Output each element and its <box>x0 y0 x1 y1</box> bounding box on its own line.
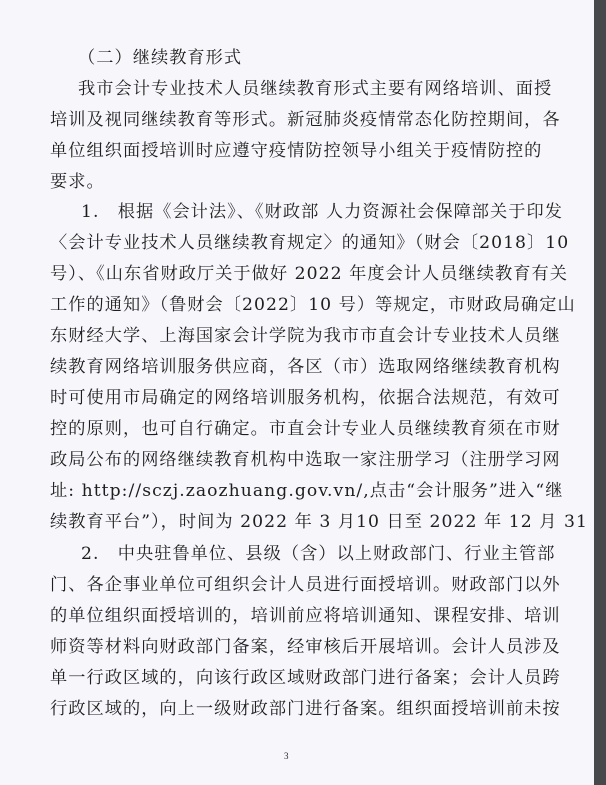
paragraph-line: 行政区域的，向上一级财政部门进行备案。组织面授培训前未按 <box>50 699 561 719</box>
viewer-edge <box>594 0 606 785</box>
paragraph-line: 工作的通知》（鲁财会〔2022〕10 号）等规定，市财政局确定山 <box>50 295 576 315</box>
paragraph-line: 2. 中央驻鲁单位、县级（含）以上财政部门、行业主管部 <box>81 544 555 564</box>
paragraph-line: 〈会计专业技术人员继续教育规定〉的通知》（财会〔2018〕10 <box>50 233 569 253</box>
paragraph-line: 要求。 <box>50 172 105 192</box>
paragraph-line: 东财经大学、上海国家会计学院为我市市直会计专业技术人员继 <box>50 326 561 346</box>
paragraph-line: 师资等材料向财政部门备案，经审核后开展培训。会计人员涉及 <box>50 637 561 657</box>
paragraph-line: 单位组织面授培训时应遵守疫情防控领导小组关于疫情防控的 <box>50 141 542 161</box>
paragraph-line: 控的原则，也可自行确定。市直会计专业人员继续教育须在市财 <box>50 419 561 439</box>
paragraph-line: 培训及视同继续教育等形式。新冠肺炎疫情常态化防控期间，各 <box>50 110 561 130</box>
paragraph-line: 门、各企事业单位可组织会计人员进行面授培训。财政部门以外 <box>50 575 561 595</box>
paragraph-line: 续教育平台”），时间为 2022 年 3 月10 日至 2022 年 12 月 … <box>50 512 606 532</box>
document-page: （二）继续教育形式 我市会计专业技术人员继续教育形式主要有网络培训、面授 培训及… <box>0 0 594 785</box>
paragraph-line: 1. 根据《会计法》、《财政部 人力资源社会保障部关于印发 <box>81 202 563 222</box>
paragraph-line: 时可使用市局确定的网络培训服务机构，依据合法规范，有效可 <box>50 388 561 408</box>
paragraph-line: 号）、《山东省财政厅关于做好 2022 年度会计人员继续教育有关 <box>50 264 568 284</box>
section-heading: （二）继续教育形式 <box>78 48 242 68</box>
paragraph-line: 政局公布的网络继续教育机构中选取一家注册学习（注册学习网 <box>50 450 561 470</box>
paragraph-line: 的单位组织面授培训的，培训前应将培训通知、课程安排、培训 <box>50 606 561 626</box>
paragraph-line: 址: http://sczj.zaozhuang.gov.vn/,点击“会计服务… <box>50 481 563 501</box>
paragraph-line: 我市会计专业技术人员继续教育形式主要有网络培训、面授 <box>78 79 552 99</box>
paragraph-line: 续教育网络培训服务供应商，各区（市）选取网络继续教育机构 <box>50 357 561 377</box>
page-number: 3 <box>284 751 289 761</box>
paragraph-line: 单一行政区域的，向该行政区域财政部门进行备案；会计人员跨 <box>50 668 561 688</box>
